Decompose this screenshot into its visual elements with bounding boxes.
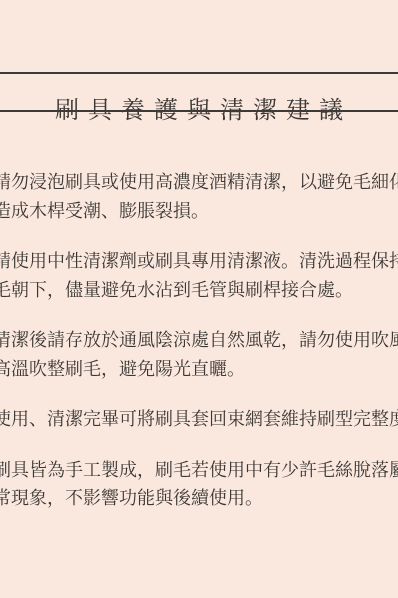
paragraph-line: 刷具皆為手工製成，刷毛若使用中有少許毛絲脫落屬 <box>0 457 398 486</box>
care-paragraph-storage: 使用、清潔完畢可將刷具套回束網套維持刷型完整度 <box>0 406 398 435</box>
page-title: 刷具養護與清潔建議 <box>0 88 398 126</box>
paragraph-line: 高溫吹整刷毛，避免陽光直曬。 <box>0 356 398 385</box>
care-card: 刷具養護與清潔建議 請勿浸泡刷具或使用高濃度酒精清潔，以避免毛細化 造成木桿受潮… <box>0 0 398 598</box>
paragraph-line: 使用、清潔完畢可將刷具套回束網套維持刷型完整度 <box>0 406 398 435</box>
paragraph-line: 請勿浸泡刷具或使用高濃度酒精清潔，以避免毛細化 <box>0 169 398 198</box>
care-paragraph-cleanser: 請使用中性清潔劑或刷具專用清潔液。清洗過程保持 毛朝下，儘量避免水沾到毛管與刷桿… <box>0 248 398 305</box>
care-instructions: 請勿浸泡刷具或使用高濃度酒精清潔，以避免毛細化 造成木桿受潮、膨脹裂損。 請使用… <box>0 169 398 536</box>
paragraph-line: 清潔後請存放於通風陰涼處自然風乾，請勿使用吹風 <box>0 327 398 356</box>
care-paragraph-drying: 清潔後請存放於通風陰涼處自然風乾，請勿使用吹風 高溫吹整刷毛，避免陽光直曬。 <box>0 327 398 384</box>
paragraph-line: 毛朝下，儘量避免水沾到毛管與刷桿接合處。 <box>0 277 398 306</box>
paragraph-line: 造成木桿受潮、膨脹裂損。 <box>0 198 398 227</box>
care-paragraph-soaking: 請勿浸泡刷具或使用高濃度酒精清潔，以避免毛細化 造成木桿受潮、膨脹裂損。 <box>0 169 398 226</box>
title-rule-bottom <box>0 110 398 112</box>
paragraph-line: 請使用中性清潔劑或刷具專用清潔液。清洗過程保持 <box>0 248 398 277</box>
care-paragraph-handmade: 刷具皆為手工製成，刷毛若使用中有少許毛絲脫落屬 常現象，不影響功能與後續使用。 <box>0 457 398 514</box>
paragraph-line: 常現象，不影響功能與後續使用。 <box>0 485 398 514</box>
title-rule-top <box>0 72 398 74</box>
